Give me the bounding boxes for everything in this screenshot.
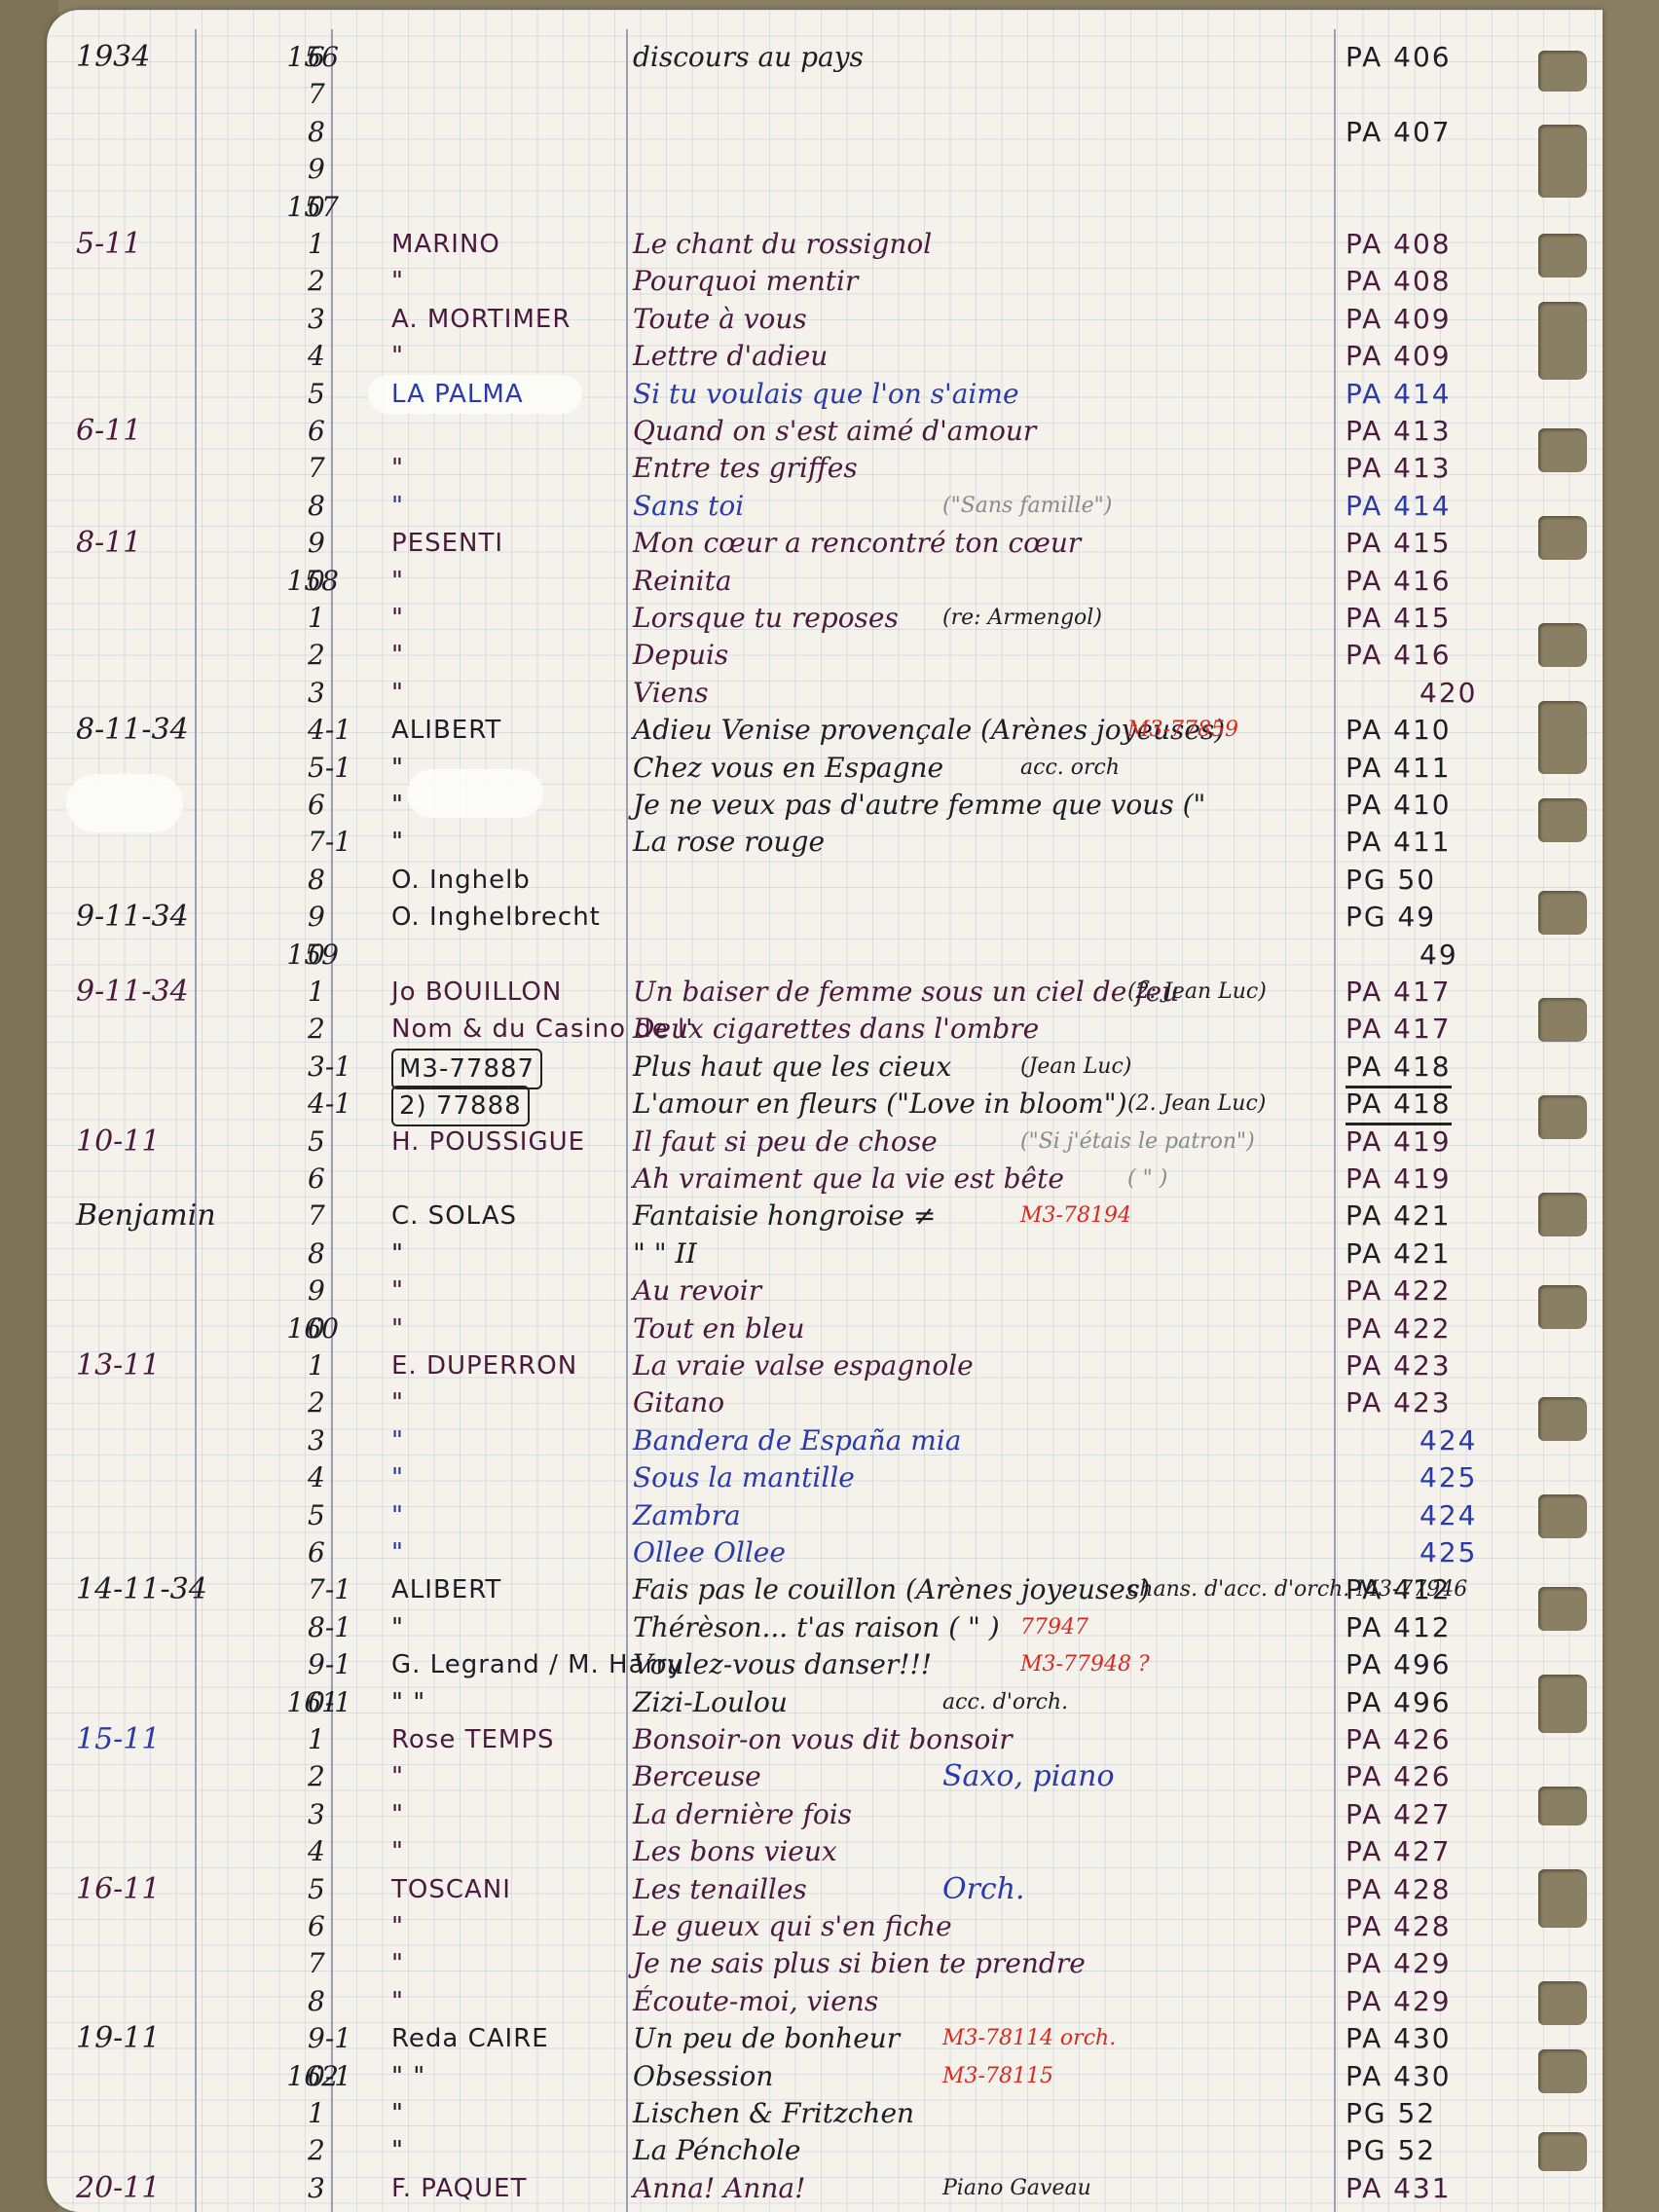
ledger-row: 3"Bandera de España mia424	[47, 1422, 1603, 1459]
ledger-row: Benjamin7C. SOLASFantaisie hongroise ≠M3…	[47, 1198, 1603, 1235]
matrix-number: 8	[308, 1983, 376, 2020]
song-title: Les tenailles	[633, 1871, 807, 1908]
matrix-number: 0	[308, 937, 376, 974]
matrix-number: 8	[308, 114, 376, 151]
artist-name: "	[391, 450, 404, 487]
matrix-number: 8	[308, 488, 376, 525]
matrix-number: 7-1	[308, 1571, 376, 1608]
artist-name: "	[391, 600, 404, 637]
entry-date: 1934	[76, 39, 150, 76]
artist-name: "	[391, 338, 404, 375]
song-title: L'amour en fleurs ("Love in bloom")	[633, 1086, 1127, 1123]
matrix-number: 7	[308, 450, 376, 487]
ledger-row: 4"Les bons vieuxPA 427	[47, 1833, 1603, 1870]
artist-name: "	[391, 1983, 404, 2020]
artist-name: LA PALMA	[391, 376, 524, 413]
binder-hole	[1538, 1787, 1587, 1825]
entry-date: 10-11	[76, 1124, 160, 1161]
catalog-number: 424	[1419, 1422, 1477, 1459]
matrix-number: 3	[308, 1422, 376, 1459]
song-title: Fais pas le couillon (Arènes joyeuses)	[633, 1571, 1150, 1608]
song-title: La Pénchole	[633, 2132, 800, 2169]
song-title: Au revoir	[633, 1272, 761, 1309]
artist-name: "	[391, 1422, 404, 1459]
artist-name: "	[391, 1945, 404, 1982]
song-title: Chez vous en Espagne	[633, 750, 943, 787]
binder-hole	[1538, 1193, 1587, 1236]
song-title: Bonsoir-on vous dit bonsoir	[633, 1721, 1013, 1758]
artist-name: "	[391, 1758, 404, 1795]
ledger-row: 9-11-349O. InghelbrechtPG 49	[47, 899, 1603, 936]
song-title: Lorsque tu reposes	[633, 600, 899, 637]
matrix-number: 5	[308, 1871, 376, 1908]
artist-name: ALIBERT	[391, 712, 501, 749]
catalog-number: PA 426	[1346, 1721, 1452, 1758]
ledger-row: 3A. MORTIMERToute à vousPA 409	[47, 301, 1603, 338]
song-title: Obsession	[633, 2058, 773, 2095]
matrix-number: 6	[308, 1161, 376, 1198]
catalog-number: PG 52	[1346, 2132, 1436, 2169]
binder-hole	[1538, 798, 1587, 842]
artist-name: Jo BOUILLON	[391, 974, 562, 1011]
artist-name: C. SOLAS	[391, 1198, 517, 1235]
matrix-number: 9-1	[308, 2020, 376, 2057]
artist-name: " "	[391, 1684, 425, 1721]
catalog-number: PA 427	[1346, 1833, 1452, 1870]
matrix-number: 4-1	[308, 712, 376, 749]
binder-hole	[1538, 1095, 1587, 1139]
catalog-number: PA 411	[1346, 750, 1452, 787]
entry-date: 16-11	[76, 1871, 160, 1908]
matrix-number: 7	[308, 76, 376, 113]
artist-name: Rose TEMPS	[391, 1721, 555, 1758]
catalog-number: PA 414	[1346, 376, 1452, 413]
catalog-number: PA 427	[1346, 1796, 1452, 1833]
catalog-number: PA 406	[1346, 39, 1452, 76]
entry-date: 9-11-34	[76, 974, 189, 1011]
ledger-row: 5LA PALMASi tu voulais que l'on s'aimePA…	[47, 376, 1603, 413]
margin-note: ("Si j'étais le patron")	[1020, 1124, 1255, 1161]
entry-date: 13-11	[76, 1347, 160, 1384]
artist-name: "	[391, 488, 404, 525]
matrix-number: 3	[308, 675, 376, 712]
ledger-row: 5-111MARINOLe chant du rossignolPA 408	[47, 226, 1603, 263]
matrix-number: 5	[308, 376, 376, 413]
catalog-number: PA 431	[1346, 2170, 1452, 2207]
matrix-number: 1	[308, 1347, 376, 1384]
matrix-number: 4	[308, 1459, 376, 1496]
artist-name: "	[391, 1459, 404, 1496]
artist-name: "	[391, 1833, 404, 1870]
catalog-number: PA 410	[1346, 787, 1452, 824]
song-title: Sous la mantille	[633, 1459, 855, 1496]
artist-name: "	[391, 1310, 404, 1347]
ledger-row: 7-1"La rose rougePA 411	[47, 824, 1603, 861]
entry-date: 8-11	[76, 525, 141, 562]
song-title: Je ne sais plus si bien te prendre	[633, 1945, 1086, 1982]
binder-hole	[1538, 1397, 1587, 1441]
catalog-number: PA 428	[1346, 1871, 1452, 1908]
artist-name: PESENTI	[391, 525, 503, 562]
catalog-number: PA 423	[1346, 1384, 1452, 1421]
song-title: Les bons vieux	[633, 1833, 837, 1870]
song-title: Zambra	[633, 1497, 741, 1534]
song-title: Un peu de bonheur	[633, 2020, 900, 2057]
ledger-row: 2"DepuisPA 416	[47, 637, 1603, 674]
matrix-number: 9	[308, 151, 376, 188]
ledger-row: 7	[47, 76, 1603, 113]
catalog-number: PA 430	[1346, 2020, 1452, 2057]
artist-name: "	[391, 2132, 404, 2169]
ledger-row: 8-11-344-1ALIBERTAdieu Venise provençale…	[47, 712, 1603, 749]
artist-name: "	[391, 1235, 404, 1272]
entry-date: 14-11-34	[76, 1571, 207, 1608]
matrix-number: 1	[308, 1721, 376, 1758]
binder-hole	[1538, 125, 1587, 198]
binder-hole	[1538, 701, 1587, 774]
entry-date: 5-11	[76, 226, 141, 263]
ledger-row: 5"Zambra424	[47, 1497, 1603, 1534]
matrix-number: 0-1	[308, 2058, 376, 2095]
margin-note: Piano Gaveau	[942, 2170, 1091, 2207]
margin-note: (2: Jean Luc)	[1127, 974, 1267, 1011]
matrix-number: 2	[308, 1011, 376, 1048]
song-title: Lischen & Fritzchen	[633, 2095, 914, 2132]
song-title: Bandera de España mia	[633, 1422, 961, 1459]
artist-name: TOSCANI	[391, 1871, 511, 1908]
matrix-number: 7	[308, 1945, 376, 1982]
ledger-row: 5-1"Chez vous en Espagneacc. orchPA 411	[47, 750, 1603, 787]
ledger-row: 8O. InghelbPG 50	[47, 862, 1603, 899]
song-title: Si tu voulais que l'on s'aime	[633, 376, 1019, 413]
ledger-row: 6Ah vraiment que la vie est bête( " )PA …	[47, 1161, 1603, 1198]
artist-name: "	[391, 824, 404, 861]
song-title: " " II	[633, 1235, 697, 1272]
matrix-number: 2	[308, 2132, 376, 2169]
ledger-row: 2"GitanoPA 423	[47, 1384, 1603, 1421]
margin-note: M3-77948 ?	[1020, 1646, 1150, 1683]
artist-name: Reda CAIRE	[391, 2020, 549, 2057]
artist-name: " "	[391, 2058, 425, 2095]
catalog-number: PA 423	[1346, 1347, 1452, 1384]
matrix-number: 3-1	[308, 1049, 376, 1086]
matrix-number: 8	[308, 862, 376, 899]
ledger-row: 4"Sous la mantille425	[47, 1459, 1603, 1496]
song-title: Sans toi	[633, 488, 744, 525]
matrix-number: 8-1	[308, 1609, 376, 1646]
artist-name: MARINO	[391, 226, 500, 263]
ledger-row: 159049	[47, 937, 1603, 974]
binder-hole	[1538, 1675, 1587, 1733]
artist-name: O. Inghelb	[391, 862, 531, 899]
song-title: Pourquoi mentir	[633, 263, 858, 300]
matrix-number: 3	[308, 301, 376, 338]
ledger-row: 9-11-341Jo BOUILLONUn baiser de femme so…	[47, 974, 1603, 1011]
matrix-number: 4	[308, 338, 376, 375]
catalog-number: PA 417	[1346, 1011, 1452, 1048]
binder-hole	[1538, 1981, 1587, 2025]
artist-name: "	[391, 1534, 404, 1571]
matrix-number: 8	[308, 1235, 376, 1272]
ledger-row: 1620-1" "ObsessionM3-78115PA 430	[47, 2058, 1603, 2095]
binder-hole	[1538, 2049, 1587, 2093]
matrix-number: 2	[308, 1384, 376, 1421]
entry-date: 19-11	[76, 2020, 160, 2057]
catalog-number: PA 409	[1346, 301, 1452, 338]
artist-name: H. POUSSIGUE	[391, 1124, 585, 1161]
artist-name: E. DUPERRON	[391, 1347, 577, 1384]
matrix-number: 9	[308, 525, 376, 562]
binder-hole	[1538, 1587, 1587, 1631]
song-title: Toute à vous	[633, 301, 807, 338]
margin-note: ( " )	[1127, 1161, 1167, 1198]
artist-name: ALIBERT	[391, 1571, 501, 1608]
binder-hole	[1538, 623, 1587, 667]
binder-hole	[1538, 1285, 1587, 1329]
margin-note: acc. d'orch.	[942, 1684, 1068, 1721]
ledger-row: 20-113F. PAQUETAnna! Anna!Piano GaveauPA…	[47, 2170, 1603, 2207]
margin-note: (re: Armengol)	[942, 600, 1102, 637]
song-title: Entre tes griffes	[633, 450, 858, 487]
matrix-number: 9	[308, 899, 376, 936]
catalog-number: PA 412	[1346, 1571, 1452, 1608]
song-title: Il faut si peu de chose	[633, 1124, 938, 1161]
song-title: Viens	[633, 675, 709, 712]
ledger-row: 19341566discours au paysPA 406	[47, 39, 1603, 76]
catalog-number: PA 417	[1346, 974, 1452, 1011]
ledger-row: 16-115TOSCANILes tenaillesOrch.PA 428	[47, 1871, 1603, 1908]
artist-name: "	[391, 1497, 404, 1534]
artist-name: "	[391, 750, 404, 787]
artist-name: "	[391, 1908, 404, 1945]
binder-hole	[1538, 2132, 1587, 2171]
ledger-row: 9-1G. Legrand / M. HarryVoulez-vous dans…	[47, 1646, 1603, 1683]
catalog-number: PA 415	[1346, 600, 1452, 637]
artist-name: A. MORTIMER	[391, 301, 571, 338]
catalog-number: PA 408	[1346, 263, 1452, 300]
song-title: La vraie valse espagnole	[633, 1347, 974, 1384]
catalog-number: PA 429	[1346, 1945, 1452, 1982]
catalog-number: PA 415	[1346, 525, 1452, 562]
song-title: Voulez-vous danser!!!	[633, 1646, 932, 1683]
margin-note: Orch.	[942, 1871, 1025, 1908]
ledger-row: 1570	[47, 189, 1603, 226]
margin-note: M3-78194	[1020, 1198, 1131, 1235]
binder-hole	[1538, 516, 1587, 560]
ledger-row: 9"Au revoirPA 422	[47, 1272, 1603, 1309]
song-title: Ah vraiment que la vie est bête	[633, 1161, 1064, 1198]
artist-name: "	[391, 2095, 404, 2132]
artist-name: "	[391, 563, 404, 600]
ledger-row: 15-111Rose TEMPSBonsoir-on vous dit bons…	[47, 1721, 1603, 1758]
ledger-row: 2"Pourquoi mentirPA 408	[47, 263, 1603, 300]
artist-name: "	[391, 1609, 404, 1646]
margin-note: ("Sans famille")	[942, 488, 1112, 525]
entry-date: 9-11-34	[76, 899, 189, 936]
matrix-number: 0-1	[308, 1684, 376, 1721]
artist-name: "	[391, 787, 404, 824]
ledger-row: 9	[47, 151, 1603, 188]
catalog-number: PA 412	[1346, 1609, 1452, 1646]
binder-hole	[1538, 998, 1587, 1042]
ledger-row: 6"Le gueux qui s'en fichePA 428	[47, 1908, 1603, 1945]
artist-name: "	[391, 263, 404, 300]
ledger-row: 6-116Quand on s'est aimé d'amourPA 413	[47, 413, 1603, 450]
matrix-number: 0	[308, 563, 376, 600]
song-title: Tout en bleu	[633, 1310, 805, 1347]
catalog-number: 420	[1419, 675, 1477, 712]
ledger-row: 2Nom & du Casino de l'Deux cigarettes da…	[47, 1011, 1603, 1048]
song-title: Plus haut que les cieux	[633, 1049, 951, 1086]
catalog-number: PA 413	[1346, 450, 1452, 487]
ledger-row: 1580"ReinitaPA 416	[47, 563, 1603, 600]
margin-note: (Jean Luc)	[1020, 1049, 1131, 1086]
ledger-row: 8"Écoute-moi, viensPA 429	[47, 1983, 1603, 2020]
ledger-row: 8-1"Thérèson... t'as raison ( " )77947PA…	[47, 1609, 1603, 1646]
entry-date: 6-11	[76, 413, 141, 450]
ledger-row: 4-12) 77888L'amour en fleurs ("Love in b…	[47, 1086, 1603, 1123]
ledger-page: 19341566discours au paysPA 40678PA 40791…	[47, 10, 1603, 2212]
margin-note: acc. orch	[1020, 750, 1120, 787]
ledger-row: 7"Entre tes griffesPA 413	[47, 450, 1603, 487]
matrix-number: 1	[308, 226, 376, 263]
song-title: Depuis	[633, 637, 728, 674]
song-title: Fantaisie hongroise ≠	[633, 1198, 936, 1235]
artist-name: "	[391, 1384, 404, 1421]
catalog-number: PA 409	[1346, 338, 1452, 375]
catalog-number: PG 49	[1346, 899, 1436, 936]
margin-note: M3-77859	[1127, 712, 1238, 749]
song-title: Quand on s'est aimé d'amour	[633, 413, 1036, 450]
matrix-number: 6	[308, 787, 376, 824]
artist-name: M3-77887	[391, 1049, 542, 1089]
ledger-row: 3"Viens420	[47, 675, 1603, 712]
margin-note: Saxo, piano	[942, 1758, 1115, 1795]
song-title: Écoute-moi, viens	[633, 1983, 878, 2020]
ledger-row: 2"BerceuseSaxo, pianoPA 426	[47, 1758, 1603, 1795]
binder-hole	[1538, 1494, 1587, 1538]
matrix-number: 2	[308, 637, 376, 674]
catalog-number: PA 414	[1346, 488, 1452, 525]
song-title: Gitano	[633, 1384, 724, 1421]
song-title: Zizi-Loulou	[633, 1684, 788, 1721]
song-title: Ollee Ollee	[633, 1534, 786, 1571]
margin-note: M3-78115	[942, 2058, 1053, 2095]
matrix-number: 6	[308, 39, 376, 76]
artist-name: "	[391, 637, 404, 674]
song-title: Berceuse	[633, 1758, 761, 1795]
matrix-number: 3	[308, 1796, 376, 1833]
matrix-number: 0	[308, 1310, 376, 1347]
song-title: Le gueux qui s'en fiche	[633, 1908, 952, 1945]
catalog-number: PA 416	[1346, 637, 1452, 674]
ledger-row: 8PA 407	[47, 114, 1603, 151]
binder-hole	[1538, 302, 1587, 380]
matrix-number: 9-1	[308, 1646, 376, 1683]
catalog-number: PA 418	[1346, 1086, 1452, 1125]
ledger-row: 8"" " IIPA 421	[47, 1235, 1603, 1272]
matrix-number: 1	[308, 974, 376, 1011]
catalog-number: PA 411	[1346, 824, 1452, 861]
artist-name: 2) 77888	[391, 1086, 530, 1126]
matrix-number: 7-1	[308, 824, 376, 861]
song-title: Je ne veux pas d'autre femme que vous ("	[633, 787, 1205, 824]
binder-hole	[1538, 234, 1587, 277]
entry-date: Benjamin	[76, 1198, 216, 1235]
artist-name: O. Inghelbrecht	[391, 899, 601, 936]
matrix-number: 4-1	[308, 1086, 376, 1123]
artist-name: "	[391, 1796, 404, 1833]
catalog-number: PA 419	[1346, 1161, 1452, 1198]
song-title: La rose rouge	[633, 824, 825, 861]
catalog-number: 424	[1419, 1497, 1477, 1534]
matrix-number: 9	[308, 1272, 376, 1309]
matrix-number: 6	[308, 1534, 376, 1571]
matrix-number: 6	[308, 1908, 376, 1945]
song-title: Mon cœur a rencontré ton cœur	[633, 525, 1081, 562]
binder-hole	[1538, 51, 1587, 92]
matrix-number: 2	[308, 263, 376, 300]
catalog-number: PG 52	[1346, 2095, 1436, 2132]
catalog-number: PA 416	[1346, 563, 1452, 600]
song-title: Le chant du rossignol	[633, 226, 932, 263]
ledger-row: 1"Lischen & FritzchenPG 52	[47, 2095, 1603, 2132]
binder-hole	[1538, 1869, 1587, 1928]
matrix-number: 1	[308, 2095, 376, 2132]
ledger-row: 7"Je ne sais plus si bien te prendrePA 4…	[47, 1945, 1603, 1982]
catalog-number: 49	[1419, 937, 1458, 974]
artist-name: F. PAQUET	[391, 2170, 527, 2207]
artist-name: "	[391, 1272, 404, 1309]
ledger-row: 10-115H. POUSSIGUEIl faut si peu de chos…	[47, 1124, 1603, 1161]
matrix-number: 2	[308, 1758, 376, 1795]
margin-note: 77947	[1020, 1609, 1088, 1646]
ledger-row: 13-111E. DUPERRONLa vraie valse espagnol…	[47, 1347, 1603, 1384]
catalog-number: PA 419	[1346, 1124, 1452, 1161]
song-title: Reinita	[633, 563, 732, 600]
catalog-number: 425	[1419, 1459, 1477, 1496]
matrix-number: 6	[308, 413, 376, 450]
catalog-number: PA 421	[1346, 1198, 1452, 1235]
ledger-row: 3-1M3-77887Plus haut que les cieux(Jean …	[47, 1049, 1603, 1086]
ledger-row: 8"Sans toi("Sans famille")PA 414	[47, 488, 1603, 525]
catalog-number: PA 430	[1346, 2058, 1452, 2095]
catalog-number: 425	[1419, 1534, 1477, 1571]
matrix-number: 7	[308, 1198, 376, 1235]
ledger-row: 4"Lettre d'adieuPA 409	[47, 338, 1603, 375]
song-title: Lettre d'adieu	[633, 338, 828, 375]
catalog-number: PA 421	[1346, 1235, 1452, 1272]
catalog-number: PA 413	[1346, 413, 1452, 450]
matrix-number: 5-1	[308, 750, 376, 787]
catalog-number: PA 429	[1346, 1983, 1452, 2020]
catalog-number: PA 428	[1346, 1908, 1452, 1945]
song-title: Anna! Anna!	[633, 2170, 805, 2207]
song-title: Thérèson... t'as raison ( " )	[633, 1609, 1000, 1646]
matrix-number: 4	[308, 1833, 376, 1870]
catalog-number: PA 496	[1346, 1684, 1452, 1721]
song-title: Deux cigarettes dans l'ombre	[633, 1011, 1039, 1048]
ledger-row: 3"La dernière foisPA 427	[47, 1796, 1603, 1833]
matrix-number: 3	[308, 2170, 376, 2207]
catalog-number: PG 50	[1346, 862, 1436, 899]
entry-date: 20-11	[76, 2170, 160, 2207]
catalog-number: PA 418	[1346, 1049, 1452, 1088]
ledger-row: 19-119-1Reda CAIREUn peu de bonheurM3-78…	[47, 2020, 1603, 2057]
song-title: La dernière fois	[633, 1796, 852, 1833]
catalog-number: PA 407	[1346, 114, 1452, 151]
margin-note: M3-78114 orch.	[942, 2020, 1116, 2057]
